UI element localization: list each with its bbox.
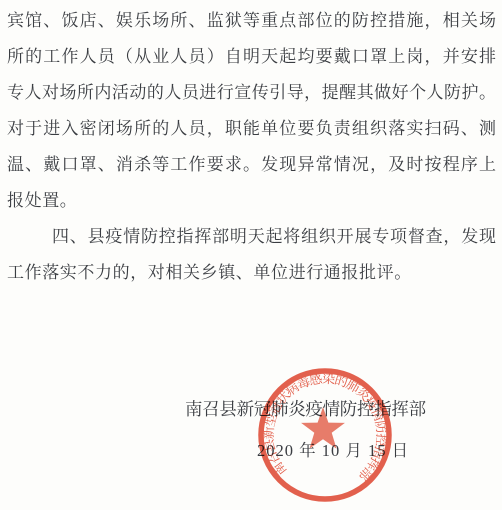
document-line: 所的工作人员（从业人员）自明天起均要戴口罩上岗，并安排 (7, 39, 496, 75)
document-line: 工作落实不力的，对相关乡镇、单位进行通报批评。 (7, 255, 496, 291)
document-line: 对于进入密闭场所的人员，职能单位要负责组织落实扫码、测 (7, 111, 496, 147)
star-icon (301, 407, 345, 449)
official-seal: 南召县新型冠状病毒感染的肺炎疫情防控指挥部 (255, 365, 395, 505)
document-body: 宾馆、饭店、娱乐场所、监狱等重点部位的防控措施，相关场 所的工作人员（从业人员）… (7, 3, 496, 291)
document-line: 专人对场所内活动的人员进行宣传引导，提醒其做好个人防护。 (7, 75, 496, 111)
document-line: 报处置。 (7, 183, 496, 219)
document-line: 四、县疫情防控指挥部明天起将组织开展专项督查，发现 (7, 219, 496, 255)
document-line: 温、戴口罩、消杀等工作要求。发现异常情况，及时按程序上 (7, 147, 496, 183)
document-page: 宾馆、饭店、娱乐场所、监狱等重点部位的防控措施，相关场 所的工作人员（从业人员）… (0, 0, 502, 510)
document-line: 宾馆、饭店、娱乐场所、监狱等重点部位的防控措施，相关场 (7, 3, 496, 39)
